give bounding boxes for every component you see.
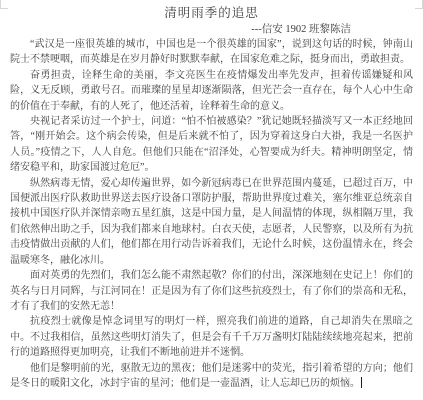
paragraph[interactable]: 奋勇担责，诠释生命的美丽，李文亮医生在疫情爆发出率先发声，担着传谣嫌疑和风险，义… (10, 68, 413, 114)
paragraph[interactable]: 纵然病毒无情，爱心却传遍世界，如今新冠病毒已在世界范围内蔓延，已超过百万，中国便… (10, 176, 413, 268)
paragraph[interactable]: 抗疫烈士就像是悼念词里写的明灯一样，照亮我们前进的道路，自己却消失在黑暗之中。不… (10, 314, 413, 360)
text-cursor (361, 377, 362, 388)
document-body[interactable]: 清明雨季的追思 ---信安 1902 班黎陈洁 “武汉是一座很英雄的城市，中国也… (0, 0, 423, 391)
paragraph[interactable]: 央视记者采访过一个护士，问道：“怕不怕被感染？”犹记她既轻描淡写又一本正经地回答… (10, 114, 413, 176)
paragraph[interactable]: 面对英勇的先烈们，我们怎么能不肃然起敬？你们的付出，深深地刻在史记上！你们的英名… (10, 268, 413, 314)
paragraph[interactable]: 他们是黎明前的光，驱散无边的黑夜；他们是迷雾中的荧光，指引着希望的方向；他们是冬… (10, 361, 413, 392)
document-byline[interactable]: ---信安 1902 班黎陈洁 (10, 22, 413, 37)
paragraph-text: 他们是黎明前的光，驱散无边的黑夜；他们是迷雾中的荧光，指引着希望的方向；他们是冬… (10, 363, 413, 389)
document-page[interactable]: 清明雨季的追思 ---信安 1902 班黎陈洁 “武汉是一座很英雄的城市，中国也… (0, 0, 423, 400)
paragraph[interactable]: “武汉是一座很英雄的城市，中国也是一个很英雄的国家”，说到这句话的时候，钟南山院… (10, 37, 413, 68)
document-title[interactable]: 清明雨季的追思 (10, 5, 413, 22)
